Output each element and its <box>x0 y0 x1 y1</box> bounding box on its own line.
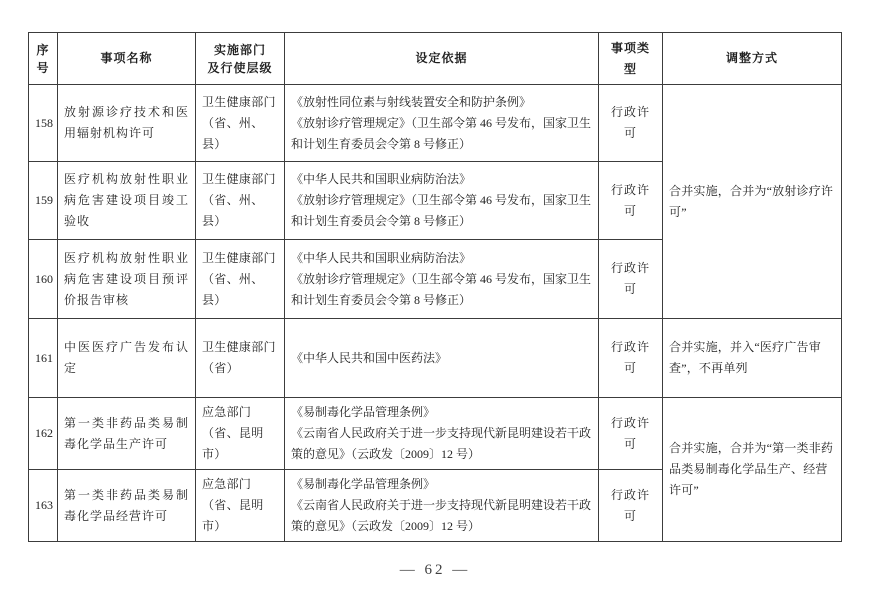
header-cell-dept: 实施部门 及行使层级 <box>196 33 285 85</box>
row-number: 159 <box>29 162 58 240</box>
item-type: 行政许可 <box>599 319 663 398</box>
basis-entry: 《易制毒化学品管理条例》 <box>291 402 592 423</box>
setting-basis: 《易制毒化学品管理条例》 《云南省人民政府关于进一步支持现代新昆明建设若干政策的… <box>285 470 599 542</box>
basis-entry: 《放射诊疗管理规定》（卫生部令第 46 号发布，国家卫生和计划生育委员会令第 8… <box>291 113 592 155</box>
row-number: 162 <box>29 398 58 470</box>
header-dept-line1: 实施部门 <box>202 41 278 59</box>
setting-basis: 《中华人民共和国职业病防治法》 《放射诊疗管理规定》（卫生部令第 46 号发布，… <box>285 240 599 319</box>
implementing-dept: 卫生健康部门（省、州、县） <box>196 162 285 240</box>
basis-entry: 《放射性同位素与射线装置安全和防护条例》 <box>291 92 592 113</box>
item-name: 放射源诊疗技术和医用辐射机构许可 <box>58 85 196 162</box>
item-type: 行政许可 <box>599 240 663 319</box>
header-no-line1: 序 <box>35 41 51 59</box>
item-name: 医疗机构放射性职业病危害建设项目预评价报告审核 <box>58 240 196 319</box>
item-name: 医疗机构放射性职业病危害建设项目竣工验收 <box>58 162 196 240</box>
setting-basis: 《放射性同位素与射线装置安全和防护条例》 《放射诊疗管理规定》（卫生部令第 46… <box>285 85 599 162</box>
implementing-dept: 应急部门（省、昆明市） <box>196 398 285 470</box>
implementing-dept: 卫生健康部门（省、州、县） <box>196 85 285 162</box>
adjustment-method: 合并实施，并入“医疗广告审查”，不再单列 <box>663 319 842 398</box>
item-name: 第一类非药品类易制毒化学品生产许可 <box>58 398 196 470</box>
basis-entry: 《云南省人民政府关于进一步支持现代新昆明建设若干政策的意见》（云政发〔2009〕… <box>291 423 592 465</box>
header-dept-line2: 及行使层级 <box>202 59 278 77</box>
basis-entry: 《放射诊疗管理规定》（卫生部令第 46 号发布，国家卫生和计划生育委员会令第 8… <box>291 269 592 311</box>
implementing-dept: 卫生健康部门（省） <box>196 319 285 398</box>
setting-basis: 《易制毒化学品管理条例》 《云南省人民政府关于进一步支持现代新昆明建设若干政策的… <box>285 398 599 470</box>
table-row: 161 中医医疗广告发布认定 卫生健康部门（省） 《中华人民共和国中医药法》 行… <box>29 319 842 398</box>
adjustment-method: 合并实施，合并为“放射诊疗许可” <box>663 85 842 319</box>
item-name: 第一类非药品类易制毒化学品经营许可 <box>58 470 196 542</box>
header-cell-adjust: 调整方式 <box>663 33 842 85</box>
basis-entry: 《中华人民共和国职业病防治法》 <box>291 248 592 269</box>
item-type: 行政许可 <box>599 470 663 542</box>
header-cell-type: 事项类型 <box>599 33 663 85</box>
basis-entry: 《中华人民共和国中医药法》 <box>291 348 592 369</box>
row-number: 161 <box>29 319 58 398</box>
item-name: 中医医疗广告发布认定 <box>58 319 196 398</box>
header-row: 序 号 事项名称 实施部门 及行使层级 设定依据 事项类型 调整方式 <box>29 33 842 85</box>
row-number: 163 <box>29 470 58 542</box>
implementing-dept: 应急部门（省、昆明市） <box>196 470 285 542</box>
table-row: 158 放射源诊疗技术和医用辐射机构许可 卫生健康部门（省、州、县） 《放射性同… <box>29 85 842 162</box>
header-cell-basis: 设定依据 <box>285 33 599 85</box>
table-row: 162 第一类非药品类易制毒化学品生产许可 应急部门（省、昆明市） 《易制毒化学… <box>29 398 842 470</box>
row-number: 158 <box>29 85 58 162</box>
basis-entry: 《云南省人民政府关于进一步支持现代新昆明建设若干政策的意见》（云政发〔2009〕… <box>291 495 592 537</box>
header-cell-no: 序 号 <box>29 33 58 85</box>
page-number: — 62 — <box>0 562 870 579</box>
adjustment-method: 合并实施，合并为“第一类非药品类易制毒化学品生产、经营许可” <box>663 398 842 542</box>
approval-items-table: 序 号 事项名称 实施部门 及行使层级 设定依据 事项类型 调整方式 158 放… <box>28 32 842 542</box>
basis-entry: 《放射诊疗管理规定》（卫生部令第 46 号发布，国家卫生和计划生育委员会令第 8… <box>291 190 592 232</box>
setting-basis: 《中华人民共和国中医药法》 <box>285 319 599 398</box>
setting-basis: 《中华人民共和国职业病防治法》 《放射诊疗管理规定》（卫生部令第 46 号发布，… <box>285 162 599 240</box>
header-no-line2: 号 <box>35 59 51 77</box>
row-number: 160 <box>29 240 58 319</box>
document-page: 序 号 事项名称 实施部门 及行使层级 设定依据 事项类型 调整方式 158 放… <box>0 0 870 600</box>
item-type: 行政许可 <box>599 85 663 162</box>
header-cell-name: 事项名称 <box>58 33 196 85</box>
basis-entry: 《中华人民共和国职业病防治法》 <box>291 169 592 190</box>
implementing-dept: 卫生健康部门（省、州、县） <box>196 240 285 319</box>
basis-entry: 《易制毒化学品管理条例》 <box>291 474 592 495</box>
item-type: 行政许可 <box>599 398 663 470</box>
item-type: 行政许可 <box>599 162 663 240</box>
